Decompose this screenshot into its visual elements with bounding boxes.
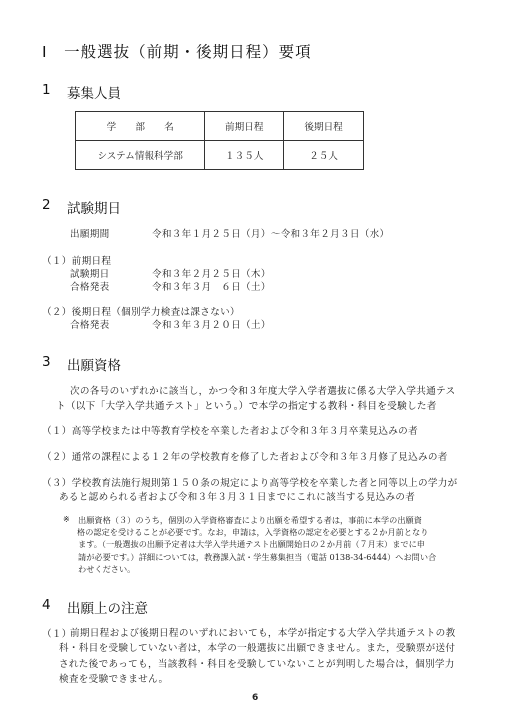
eligibility-intro-emphasis-1: 令和３年度大学入学者選抜に係る大学入学共通テス	[228, 386, 455, 397]
table-header-early: 前期日程	[205, 112, 284, 141]
item-text: 通常の課程による１２年の学校教育を修了した者および令和３年３月修了見込みの者	[72, 452, 448, 463]
note-text-line: 検査を受験できません。	[59, 672, 455, 687]
page-number: 6	[252, 693, 258, 703]
item-marker: （１）	[42, 426, 72, 437]
section-2-number: 2	[42, 197, 51, 213]
note-line: わせください。	[78, 563, 436, 575]
early-exam-value: 令和３年２月２５日（木）	[152, 266, 271, 280]
note-line: 請が必要です。）詳細については，教務課入試・学生募集担当（電話 0138-34-…	[78, 551, 436, 563]
section-3-heading: 出願資格	[67, 354, 121, 374]
note-text-line: された後であっても，当該教科・科目を受験していないことが判明した場合は，個別学力	[59, 657, 455, 672]
section-1-heading: 募集人員	[67, 82, 121, 102]
quota-table: 学 部 名 前期日程 後期日程 システム情報科学部 １３５人 ２５人	[75, 111, 364, 170]
section-2-heading: 試験期日	[67, 197, 121, 217]
note-line: 格の認定を受けることが必要です。なお，申請は，入学資格の認定を必要とする２か月前…	[77, 526, 436, 538]
item-marker: （３）	[42, 478, 72, 489]
table-header-faculty: 学 部 名	[76, 112, 205, 141]
early-schedule-label: （１）前期日程	[42, 253, 111, 267]
early-exam-label: 試験期日	[70, 266, 110, 280]
table-row: システム情報科学部 １３５人 ２５人	[76, 141, 364, 170]
note-line: ます。（一般選抜の出願予定者は大学入学共通テスト出願開始日の２か月前（７月末）ま…	[78, 538, 436, 550]
eligibility-intro-line-1: 次の各号のいずれかに該当し，かつ令和３年度大学入学者選抜に係る大学入学共通テス	[70, 383, 455, 397]
application-period-value: 令和３年１月２５日（月）～令和３年２月３日（水）	[152, 226, 389, 240]
application-note-1-marker: （１）	[42, 626, 72, 640]
eligibility-item-2: （２）通常の課程による１２年の学校教育を修了した者および令和３年３月修了見込みの…	[42, 449, 448, 463]
section-4-heading: 出願上の注意	[67, 597, 148, 617]
eligibility-item-1: （１）高等学校または中等教育学校を卒業した者および令和３年３月卒業見込みの者	[42, 423, 418, 437]
section-3-number: 3	[42, 354, 51, 370]
item-text: 高等学校または中等教育学校を卒業した者および令和３年３月卒業見込みの者	[72, 426, 418, 437]
late-result-label: 合格発表	[70, 317, 110, 331]
note-block: 出願資格（３）のうち，個別の入学資格審査により出願を希望する者は，事前に本学の出…	[78, 514, 436, 575]
table-cell-faculty: システム情報科学部	[76, 141, 205, 170]
note-mark: ※	[63, 514, 70, 524]
application-period-label: 出願期間	[70, 226, 110, 240]
eligibility-intro-plain: 次の各号のいずれかに該当し，かつ	[70, 386, 228, 397]
table-cell-early: １３５人	[205, 141, 284, 170]
table-header-late: 後期日程	[284, 112, 364, 141]
table-header-row: 学 部 名 前期日程 後期日程	[76, 112, 364, 141]
note-line: 出願資格（３）のうち，個別の入学資格審査により出願を希望する者は，事前に本学の出…	[78, 514, 436, 526]
early-result-label: 合格発表	[70, 279, 110, 293]
table-cell-late: ２５人	[284, 141, 364, 170]
note-text-line: 科・科目を受験していない者は，本学の一般選抜に出願できません。また，受験票が送付	[59, 641, 455, 656]
late-schedule-label: （２）後期日程（個別学力検査は課さない）	[42, 304, 240, 318]
eligibility-item-3: （３）学校教育法施行規則第１５０条の規定により高等学校を卒業した者と同等以上の学…	[42, 475, 458, 489]
note-text-line: 前期日程および後期日程のいずれにおいても，本学が指定する大学入学共通テストの教	[70, 626, 455, 641]
item-text-line-1: 学校教育法施行規則第１５０条の規定により高等学校を卒業した者と同等以上の学力が	[72, 478, 458, 489]
section-4-number: 4	[42, 597, 51, 613]
eligibility-item-3-line-2: あると認められる者および令和３年３月３１日までにこれに該当する見込みの者	[59, 489, 415, 503]
section-1-number: 1	[42, 82, 51, 98]
item-marker: （２）	[42, 452, 72, 463]
application-note-1: 前期日程および後期日程のいずれにおいても，本学が指定する大学入学共通テストの教 …	[70, 626, 455, 687]
early-result-value: 令和３年３月 ６日（土）	[152, 279, 271, 293]
eligibility-intro-emphasis-2: ト（以下「大学入学共通テスト」という。）で本学の指定する教科・科目を受験した者	[56, 398, 437, 412]
late-result-value: 令和３年３月２０日（土）	[152, 317, 271, 331]
document-title: Ⅰ 一般選抜（前期・後期日程）要項	[42, 40, 312, 62]
